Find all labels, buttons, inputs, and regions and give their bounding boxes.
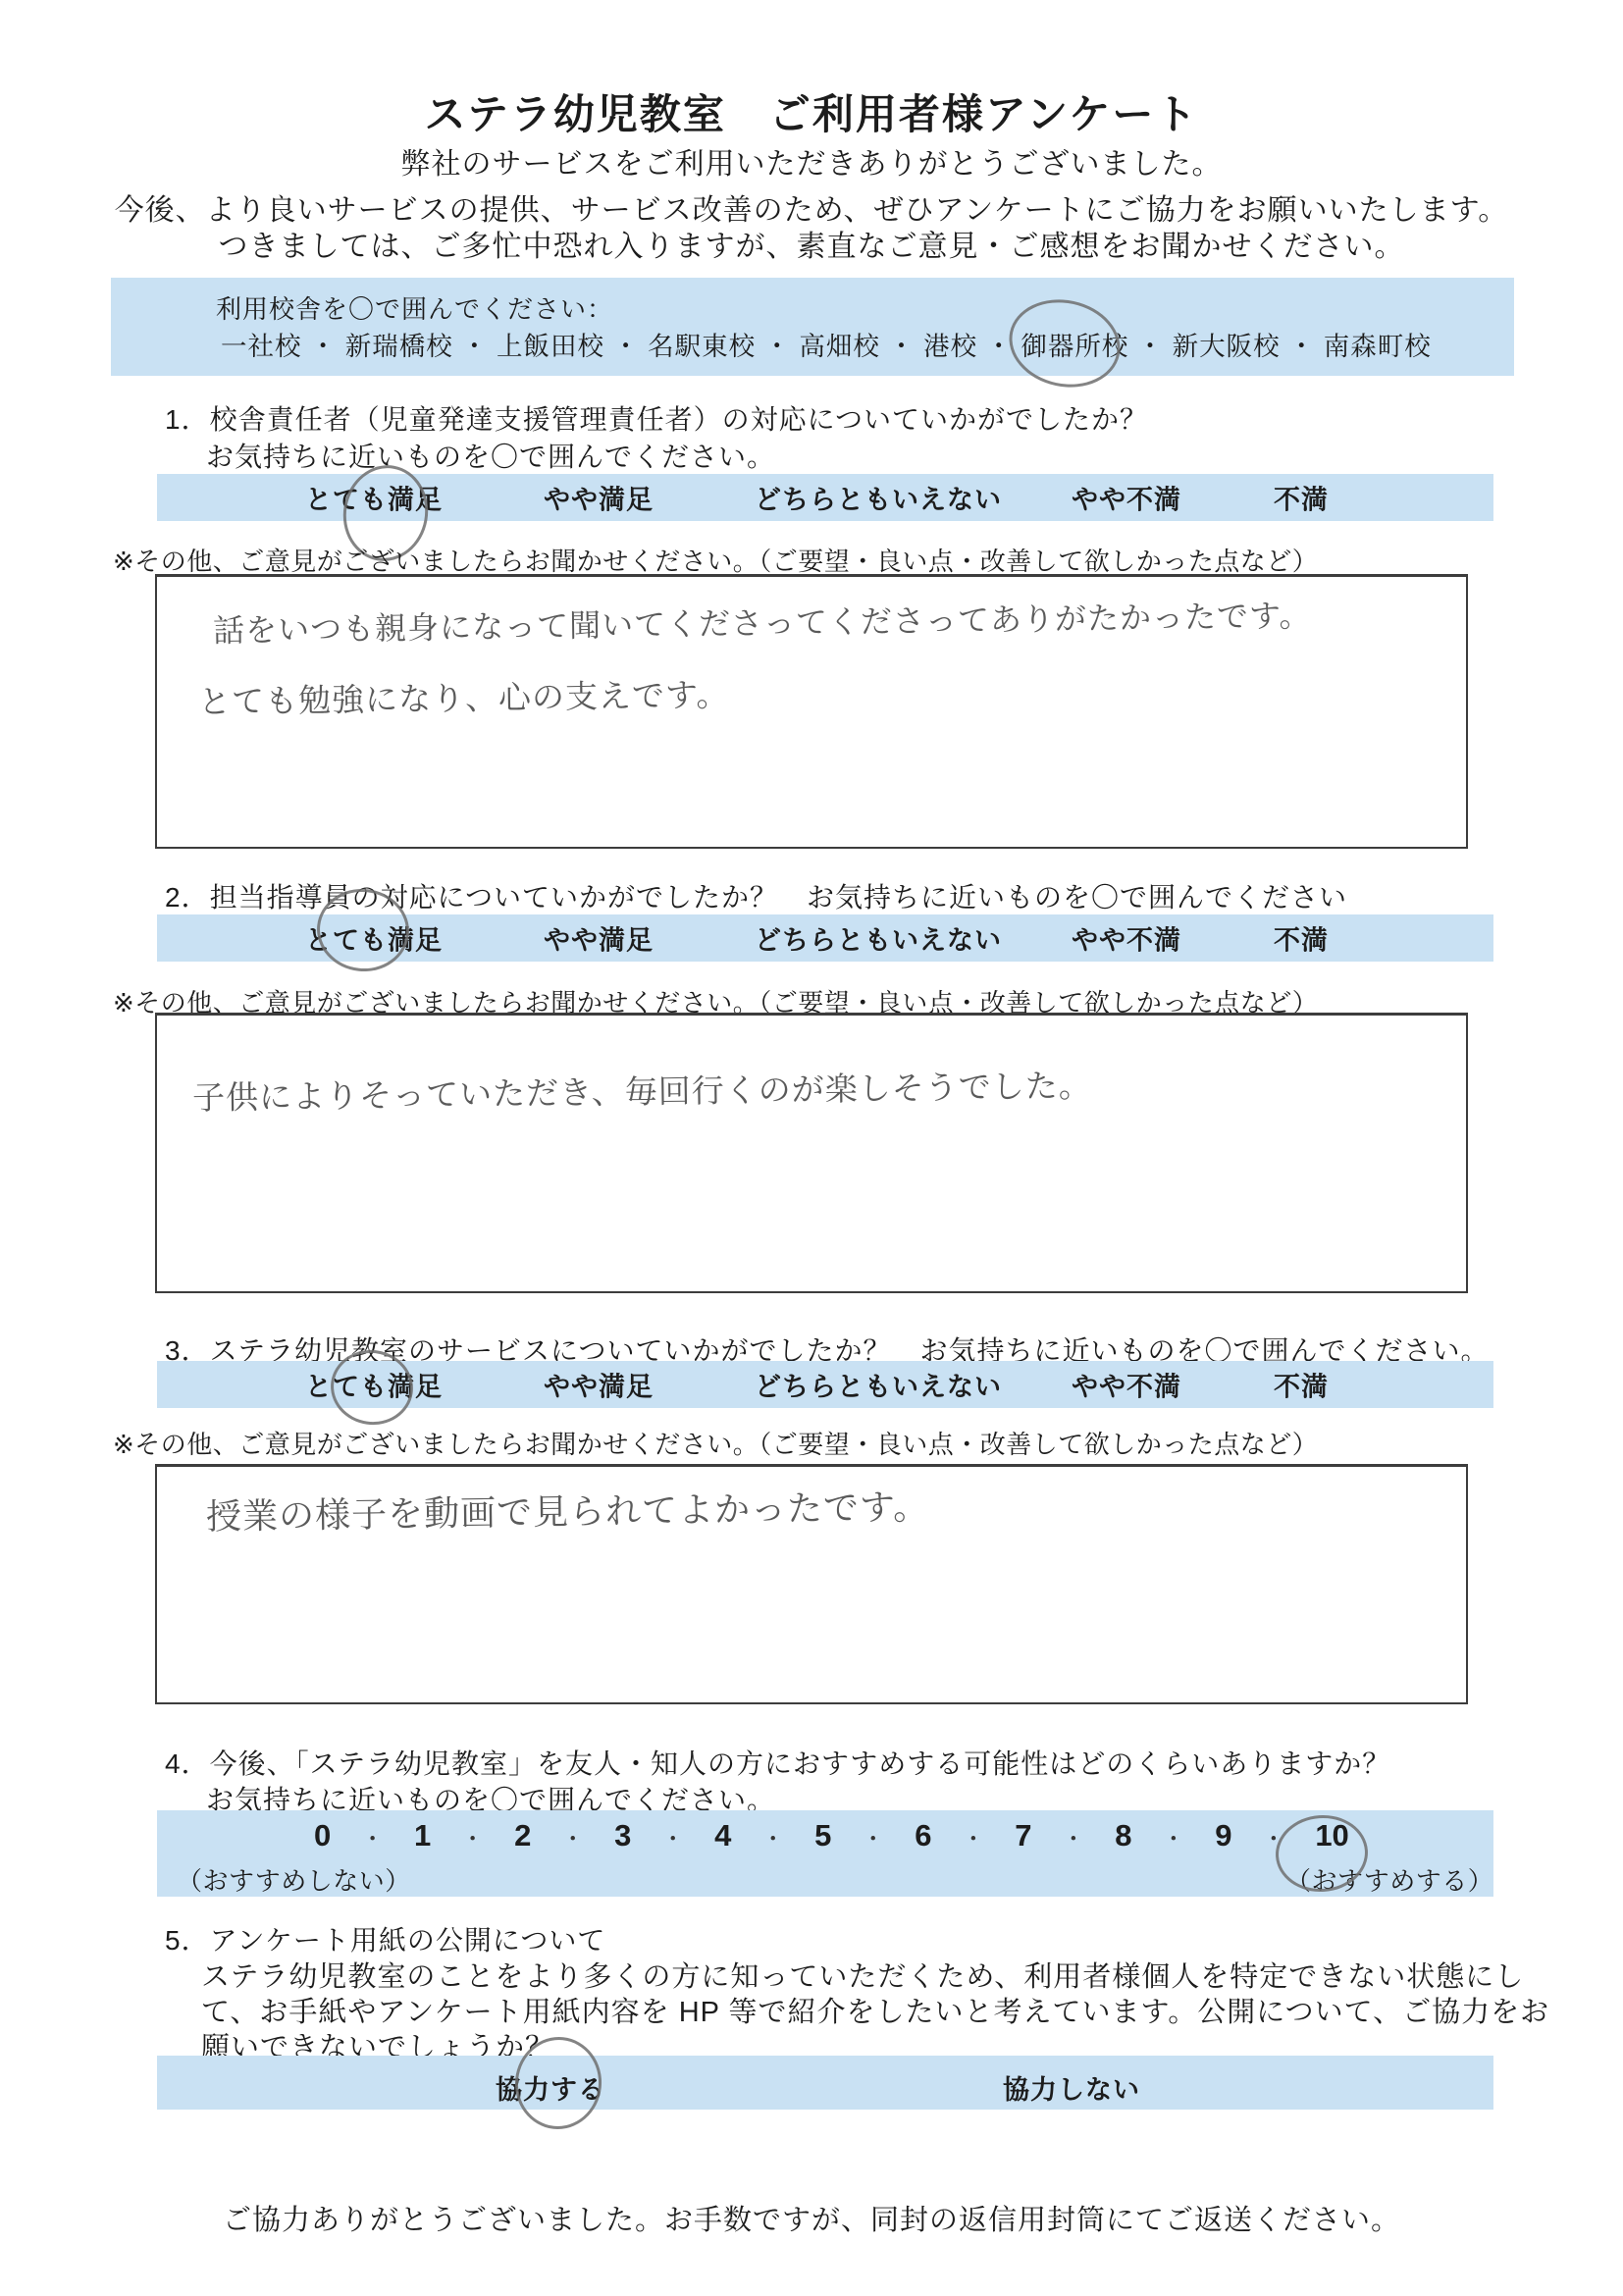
- school-list: 一社校 ・ 新瑞橋校 ・ 上飯田校 ・ 名駅東校 ・ 高畑校 ・ 港校 ・ 御器…: [221, 325, 1432, 363]
- question-5-text: 5．アンケート用紙の公開について: [165, 1919, 605, 1958]
- intro-line-1: 弊社のサービスをご利用いただきありがとうございました。: [0, 139, 1623, 183]
- question-4-text: 4．今後、「ステラ幼児教室」を友人・知人の方におすすめする可能性はどのくらいあり…: [165, 1743, 1390, 1782]
- rating-option-neutral: どちらともいえない: [755, 919, 1002, 958]
- rating-option-somewhat-dissatisfied: やや不満: [1072, 479, 1181, 517]
- other-note-q1: ※その他、ご意見がございましたらお聞かせください。（ご要望・良い点・改善して欲し…: [113, 542, 1318, 578]
- nps-separator: ・: [761, 1819, 785, 1853]
- school-select-box: 利用校舎を〇で囲んでください： 一社校 ・ 新瑞橋校 ・ 上飯田校 ・ 名駅東校…: [111, 278, 1514, 376]
- publication-option-disagree: 協力しない: [1003, 2068, 1140, 2107]
- survey-page: ステラ幼児教室 ご利用者様アンケート 弊社のサービスをご利用いただきありがとうご…: [0, 0, 1623, 2296]
- nps-value-1: 1: [414, 1818, 431, 1853]
- rating-option-dissatisfied: 不満: [1274, 479, 1329, 517]
- rating-option-somewhat-dissatisfied: やや不満: [1072, 1366, 1181, 1404]
- rating-option-dissatisfied: 不満: [1274, 1366, 1329, 1404]
- nps-value-8: 8: [1115, 1818, 1131, 1853]
- school-select-label: 利用校舎を〇で囲んでください：: [216, 289, 613, 326]
- handwriting-q1-line2: とても勉強になり、心の支えです。: [198, 669, 730, 723]
- comment-box-q2: 子供によりそっていただき、毎回行くのが楽しそうでした。: [155, 1013, 1468, 1293]
- rating-option-somewhat-satisfied: やや満足: [544, 1366, 654, 1404]
- rating-option-somewhat-satisfied: やや満足: [544, 919, 654, 958]
- rating-option-neutral: どちらともいえない: [755, 1366, 1002, 1404]
- publication-option-bar: 協力する 協力しない: [157, 2056, 1493, 2110]
- nps-value-7: 7: [1015, 1818, 1031, 1853]
- rating-option-dissatisfied: 不満: [1274, 919, 1329, 958]
- nps-separator: ・: [461, 1819, 485, 1853]
- intro-line-3: つきましては、ご多忙中恐れ入りますが、素直なご意見・ご感想をお聞かせください。: [0, 222, 1623, 265]
- nps-separator: ・: [962, 1819, 985, 1853]
- nps-left-label: （おすすめしない）: [177, 1861, 411, 1898]
- nps-separator: ・: [661, 1819, 685, 1853]
- nps-scale-row: 0 ・ 1 ・ 2 ・ 3 ・ 4 ・ 5 ・ 6 ・ 7 ・ 8 ・ 9 ・ …: [314, 1818, 1349, 1853]
- footer-note: ご協力ありがとうございました。お手数ですが、同封の返信用封筒にてご返送ください。: [0, 2198, 1623, 2238]
- nps-value-2: 2: [514, 1818, 531, 1853]
- handwriting-q3-line1: 授業の様子を動画で見られてよかったです。: [206, 1480, 930, 1539]
- comment-box-q1: 話をいつも親身になって聞いてくださってくださってありがたかったです。 とても勉強…: [155, 574, 1468, 849]
- nps-value-6: 6: [915, 1818, 931, 1853]
- rating-option-somewhat-satisfied: やや満足: [544, 479, 654, 517]
- other-note-q3: ※その他、ご意見がございましたらお聞かせください。（ご要望・良い点・改善して欲し…: [113, 1425, 1318, 1461]
- nps-separator: ・: [1062, 1819, 1085, 1853]
- question-5-body-line1: ステラ幼児教室のことをより多くの方に知っていただくため、利用者様個人を特定できな…: [201, 1955, 1524, 1995]
- rating-option-somewhat-dissatisfied: やや不満: [1072, 919, 1181, 958]
- nps-value-9: 9: [1215, 1818, 1231, 1853]
- page-title: ステラ幼児教室 ご利用者様アンケート: [0, 82, 1623, 141]
- handwriting-q2-line1: 子供によりそっていただき、毎回行くのが楽しそうでした。: [192, 1061, 1092, 1120]
- rating-option-neutral: どちらともいえない: [755, 479, 1002, 517]
- nps-separator: ・: [361, 1819, 385, 1853]
- nps-separator: ・: [561, 1819, 585, 1853]
- nps-value-3: 3: [614, 1818, 631, 1853]
- nps-value-5: 5: [814, 1818, 831, 1853]
- handwriting-q1-line1: 話をいつも親身になって聞いてくださってくださってありがたかったです。: [213, 591, 1312, 652]
- comment-box-q3: 授業の様子を動画で見られてよかったです。: [155, 1464, 1468, 1704]
- question-5-body-line2: て、お手紙やアンケート用紙内容を HP 等で紹介をしたいと考えています。公開につ…: [201, 1990, 1549, 2030]
- nps-value-0: 0: [314, 1818, 331, 1853]
- nps-separator: ・: [862, 1819, 885, 1853]
- question-1-text2: お気持ちに近いものを〇で囲んでください。: [206, 436, 775, 475]
- nps-separator: ・: [1162, 1819, 1185, 1853]
- nps-value-4: 4: [714, 1818, 731, 1853]
- question-1-text: 1．校舎責任者（児童発達支援管理責任者）の対応についていかがでしたか？: [165, 398, 1148, 438]
